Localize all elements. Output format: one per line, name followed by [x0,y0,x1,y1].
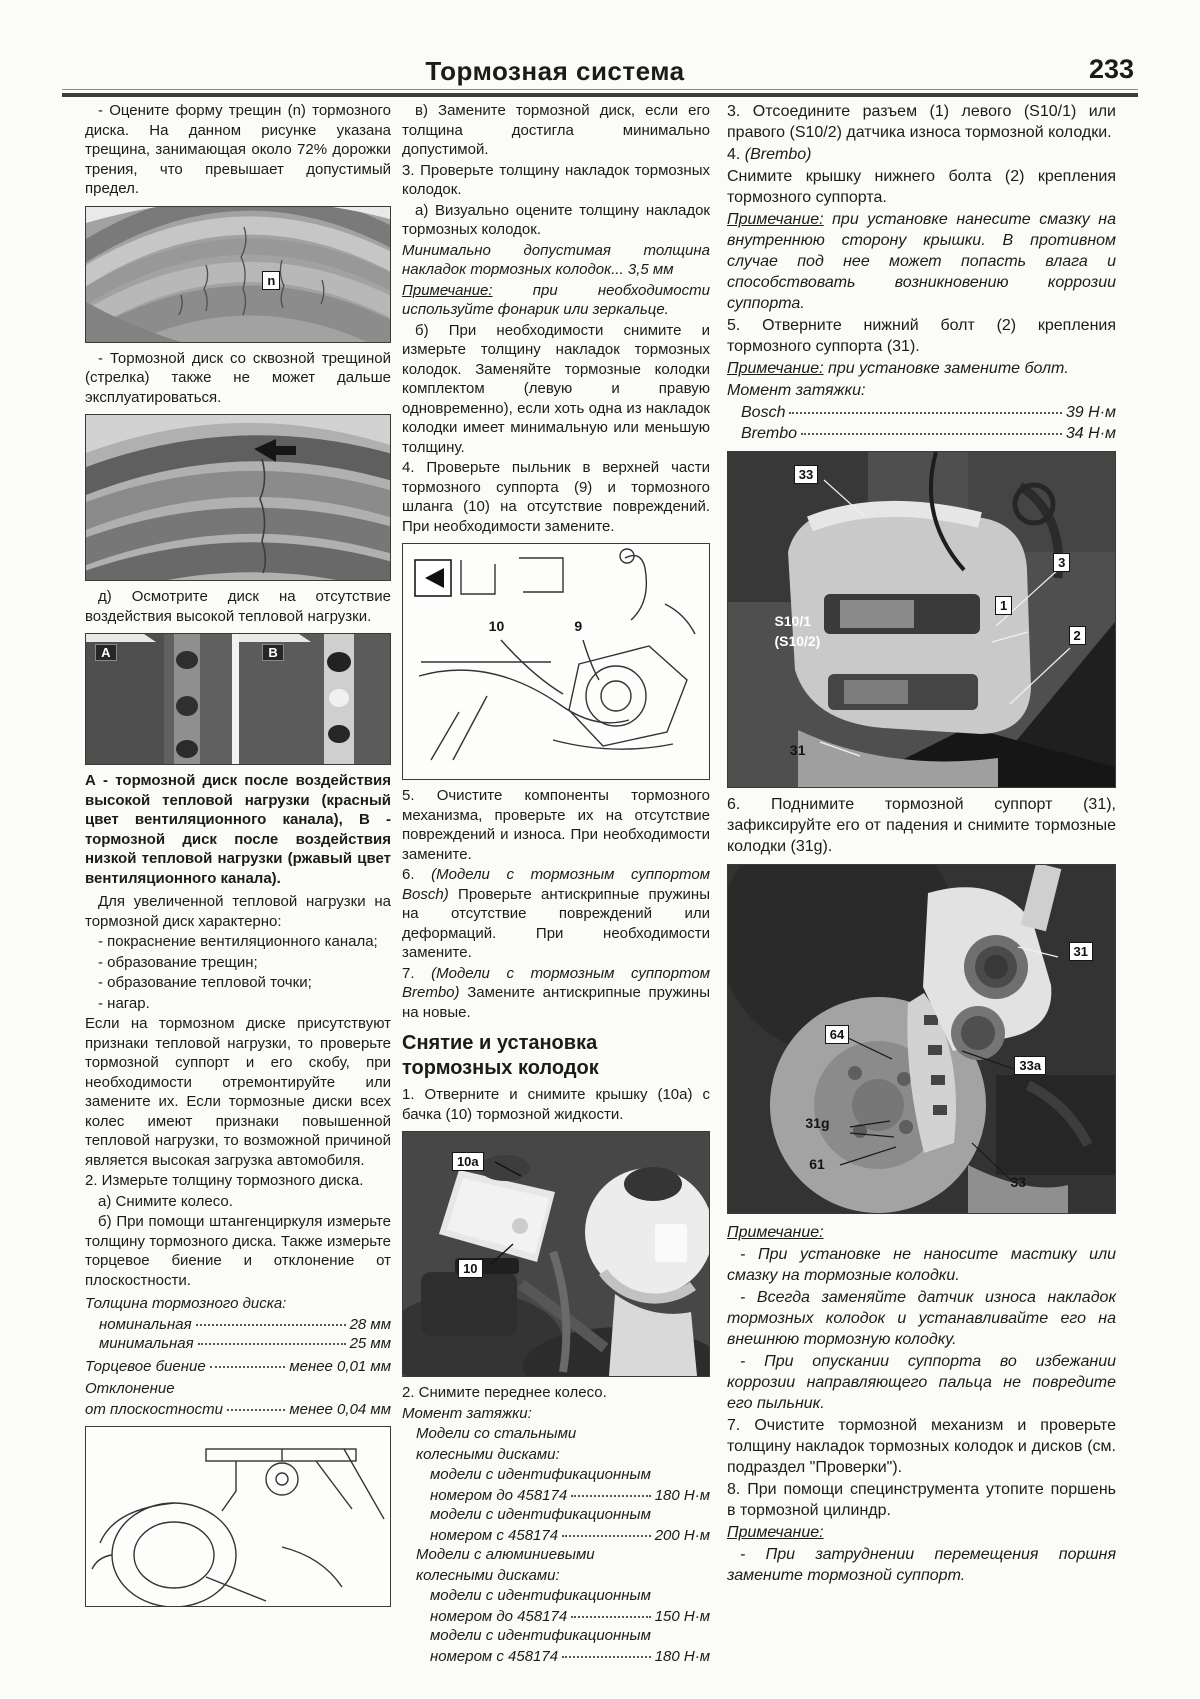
note-install-item: - При опускании суппорта во избежании ко… [727,1351,1116,1414]
section-heading-pads: Снятие и установка тормозных колодок [402,1031,710,1081]
torque-value: 39 Н·м [1066,402,1116,423]
figure-label-b: В [262,644,283,661]
header-rule-thick [62,93,1138,97]
figure-label-s10-1: S10/1 [774,613,811,629]
torque-label: номером до 458174 [430,1486,567,1506]
header-rule-thin [62,89,1138,90]
dot-leader [210,1366,286,1368]
torque-label: номером до 458174 [430,1607,567,1627]
figure-label-2: 2 [1069,626,1086,645]
torque-row-label: модели с идентификационным [402,1505,710,1525]
torque-row-label: модели с идентификационным [402,1626,710,1646]
step-6-lift-caliper: 6. Поднимите тормозной суппорт (31), заф… [727,794,1116,857]
dot-leader [571,1495,650,1497]
spec-label: Торцевое биение [85,1357,206,1377]
step-2: 2. Измерьте толщину тормозного диска. [85,1171,391,1191]
note-title: Примечание: [402,282,493,299]
middle-column: в) Замените тормозной диск, если его тол… [402,101,710,1666]
figure-label-61: 61 [809,1157,825,1172]
pads-step-1: 1. Отверните и снимите крышку (10а) с ба… [402,1085,710,1124]
figure-label-31: 31 [1069,942,1093,961]
figure-label-10: 10 [489,619,505,634]
vent-channel-illustration [86,634,390,764]
dot-leader [196,1324,346,1326]
step-3: 3. Проверьте толщину накладок тормозных … [402,161,710,200]
step-7-clean: 7. Очистите тормозной механизм и проверь… [727,1415,1116,1478]
step-number: 7. [402,965,431,982]
torque-label: Brembo [741,423,797,444]
figure-label-10: 10 [458,1259,482,1278]
spec-row-nominal: номинальная 28 мм [85,1315,391,1335]
figure-label-s10-2: (S10/2) [774,633,820,649]
step-8-piston: 8. При помощи специнструмента утопите по… [727,1479,1116,1521]
spec-flatness-line1: Отклонение [85,1379,391,1399]
disc-crack-illustration [86,207,390,342]
torque-label: номером с 458174 [430,1526,558,1546]
step-5: 5. Очистите компоненты тормозного механи… [402,786,710,864]
step-3-disconnect: 3. Отсоедините разъем (1) левого (S10/1)… [727,101,1116,143]
spec-value: 28 мм [350,1315,391,1335]
heat-sign-item: - покраснение вентиляционного канала; [85,932,391,952]
caption-heat-load: А - тормозной диск после воздействия выс… [85,771,391,888]
torque-value: 150 Н·м [655,1607,710,1627]
right-column: 3. Отсоедините разъем (1) левого (S10/1)… [727,101,1116,1587]
dot-leader [562,1535,651,1537]
step-model-note: (Brembo) [745,146,812,163]
para-heat-conclusion: Если на тормозном диске присутствуют при… [85,1014,391,1170]
torque-group-label: колесными дисками: [402,1566,710,1586]
caliper-boot-illustration [403,544,709,779]
torque-row-label: модели с идентификационным [402,1465,710,1485]
torque-row: номером до 458174 180 Н·м [402,1486,710,1506]
torque-row-label: модели с идентификационным [402,1586,710,1606]
step-2b: б) При помощи штангенциркуля измерьте то… [85,1212,391,1290]
heat-sign-item: - образование тепловой точки; [85,973,391,993]
note-text: при установке замените болт. [824,360,1069,377]
figure-label-3: 3 [1053,553,1070,572]
note-piston-item: - При затруднении перемещения поршня зам… [727,1544,1116,1586]
page-number: 233 [1089,54,1134,85]
torque-value: 34 Н·м [1066,423,1116,444]
note-title: Примечание: [727,211,824,228]
figure-vent-channel-photos: А В [85,633,391,765]
figure-label-33: 33 [1011,1175,1027,1190]
figure-label-31: 31 [790,743,806,758]
torque-row-brembo: Brembo 34 Н·м [727,423,1116,444]
page-title: Тормозная система [60,56,1050,87]
spec-label: минимальная [99,1334,194,1354]
para-crack-shape: - Оцените форму трещин (n) тормозного ди… [85,101,391,199]
heat-sign-item: - нагар. [85,994,391,1014]
figure-caliper-photo: 33 3 1 2 S10/1 (S10/2) 31 [727,451,1116,788]
figure-caliper-disc-photo: 31 64 33a 31g 61 33 [727,864,1116,1214]
disc-arrow-illustration [86,415,390,580]
step-2a: а) Снимите колесо. [85,1192,391,1212]
fluid-reservoir-illustration [403,1132,709,1376]
spec-row-runout: Торцевое биение менее 0,01 мм [85,1357,391,1377]
step-3a: а) Визуально оцените толщину накладок то… [402,201,710,240]
figure-label-10a: 10a [452,1152,484,1171]
figure-label-33a: 33a [1014,1056,1046,1075]
figure-fluid-reservoir-photo: 10a 10 [402,1131,710,1377]
torque-label: Bosch [741,402,785,423]
heat-sign-item: - образование трещин; [85,953,391,973]
runout-gauge-illustration [86,1427,390,1606]
step-7: 7. (Модели с тормозным суппортом Brembo)… [402,964,710,1023]
spec-row-minimal: минимальная 25 мм [85,1334,391,1354]
step-3b: б) При необходимости снимите и измерьте … [402,321,710,458]
spec-title-thickness: Толщина тормозного диска: [85,1294,391,1314]
spec-label: от плоскостности [85,1400,223,1420]
spec-min-pad-thickness: Минимально допустимая толщина накладок т… [402,241,710,280]
note-piston-title: Примечание: [727,1522,1116,1543]
torque-title: Момент затяжки: [402,1404,710,1424]
note-install-item: - Всегда заменяйте датчик износа накладо… [727,1287,1116,1350]
torque-row: номером с 458174 180 Н·м [402,1647,710,1667]
figure-label-64: 64 [825,1025,849,1044]
spec-value: менее 0,01 мм [289,1357,391,1377]
figure-disc-arrow-photo [85,414,391,581]
step-4: 4. Проверьте пыльник в верхней части тор… [402,458,710,536]
figure-label-a: А [95,644,116,661]
dot-leader [198,1343,346,1345]
note-replace-bolt: Примечание: при установке замените болт. [727,358,1116,379]
step-number: 6. [402,866,431,883]
dot-leader [571,1616,650,1618]
para-heat-inspect: д) Осмотрите диск на отсутствие воздейст… [85,587,391,626]
figure-label-33: 33 [794,465,818,484]
dot-leader [789,412,1061,414]
torque-row: номером с 458174 200 Н·м [402,1526,710,1546]
step-text: Проверьте антискрипные пружины на отсутс… [402,886,710,962]
note-title: Примечание: [727,360,824,377]
torque-row-bosch: Bosch 39 Н·м [727,402,1116,423]
torque-group-label: Модели со стальными [402,1424,710,1444]
figure-label-31g: 31g [805,1116,829,1131]
dot-leader [562,1656,651,1658]
torque-title: Момент затяжки: [727,380,1116,401]
spec-row-flatness: от плоскостности менее 0,04 мм [85,1400,391,1420]
figure-label-n: n [262,271,280,290]
torque-value: 180 Н·м [655,1486,710,1506]
note-install-item: - При установке не наносите мастику или … [727,1244,1116,1286]
figure-label-9: 9 [574,619,582,634]
spec-value: 25 мм [350,1334,391,1354]
torque-row: номером до 458174 150 Н·м [402,1607,710,1627]
note-flashlight: Примечание: при необходимости используйт… [402,281,710,320]
para-through-crack: - Тормозной диск со сквозной трещиной (с… [85,349,391,408]
step-4-brembo: 4. (Brembo) [727,144,1116,165]
torque-value: 200 Н·м [655,1526,710,1546]
dot-leader [801,433,1062,435]
para-heat-signs-intro: Для увеличенной тепловой нагрузки на тор… [85,892,391,931]
step-number: 4. [727,146,745,163]
torque-label: номером с 458174 [430,1647,558,1667]
left-column: - Оцените форму трещин (n) тормозного ди… [85,101,391,1613]
torque-value: 180 Н·м [655,1647,710,1667]
step-6: 6. (Модели с тормозным суппортом Bosch) … [402,865,710,963]
step-5-bolt: 5. Отверните нижний болт (2) крепления т… [727,315,1116,357]
pads-step-2: 2. Снимите переднее колесо. [402,1383,710,1403]
step-v-replace-disc: в) Замените тормозной диск, если его тол… [402,101,710,160]
spec-label: номинальная [99,1315,192,1335]
figure-caliper-boot-drawing: 10 9 [402,543,710,780]
torque-group-label: Модели с алюминиевыми [402,1545,710,1565]
figure-label-1: 1 [995,596,1012,615]
note-grease-cap: Примечание: при установке нанесите смазк… [727,209,1116,314]
torque-group-label: колесными дисками: [402,1445,710,1465]
note-install-title: Примечание: [727,1222,1116,1243]
manual-page: Тормозная система 233 - Оцените форму тр… [0,0,1200,1699]
spec-value: 3,5 мм [628,261,674,278]
spec-value: менее 0,04 мм [289,1400,391,1420]
step-4-text: Снимите крышку нижнего болта (2) креплен… [727,166,1116,208]
figure-runout-gauge-drawing [85,1426,391,1607]
caliper-disc-illustration [728,865,1115,1213]
figure-disc-crack-photo: n [85,206,391,343]
dot-leader [227,1409,285,1411]
